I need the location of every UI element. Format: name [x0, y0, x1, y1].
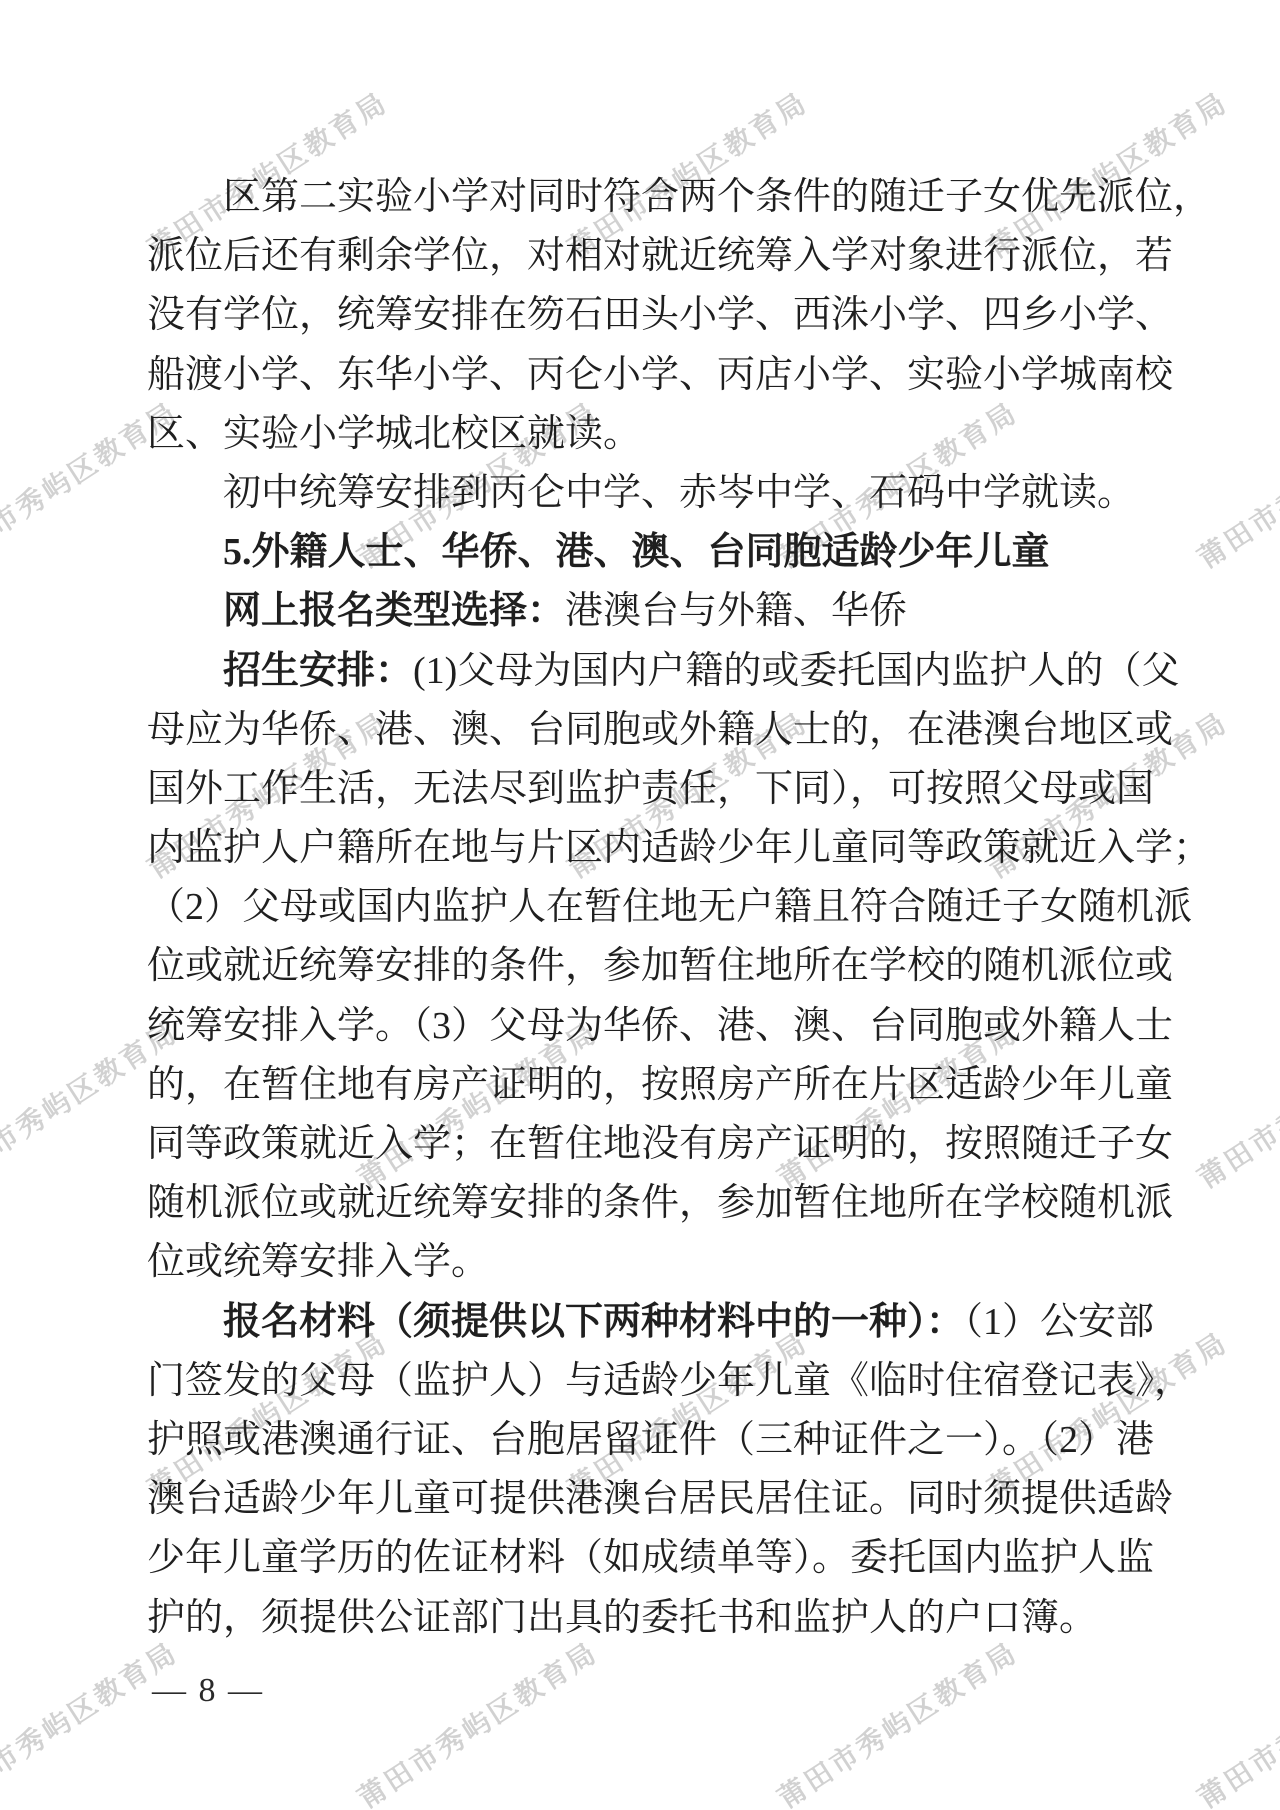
line-segment: 母应为华侨、港、澳、台同胞或外籍人士的，在港澳台地区或: [147, 709, 1173, 751]
watermark-text: 莆田市秀屿区教育局: [1189, 391, 1280, 577]
paragraph-line: 初中统筹安排到丙仑中学、赤岑中学、石码中学就读。: [147, 464, 1142, 523]
paragraph-line: 护的，须提供公证部门出具的委托书和监护人的户口簿。: [147, 1589, 1142, 1648]
line-segment: 同等政策就近入学；在暂住地没有房产证明的，按照随迁子女: [147, 1123, 1173, 1165]
watermark-text: 莆田市秀屿区教育局: [1189, 1631, 1280, 1810]
paragraph-line: 统筹安排入学。（3）父母为华侨、港、澳、台同胞或外籍人士: [147, 997, 1142, 1056]
paragraph-line: 船渡小学、东华小学、丙仑小学、丙店小学、实验小学城南校: [147, 346, 1142, 405]
line-segment: 初中统筹安排到丙仑中学、赤岑中学、石码中学就读。: [223, 472, 1135, 514]
watermark-text: 莆田市秀屿区教育局: [0, 1631, 185, 1810]
line-segment: 统筹安排入学。（3）父母为华侨、港、澳、台同胞或外籍人士: [147, 1005, 1173, 1047]
page-number: — 8 —: [152, 1672, 264, 1710]
watermark-text: 莆田市秀屿区教育局: [769, 1631, 1025, 1810]
line-segment: 的，在暂住地有房产证明的，按照房产所在片区适龄少年儿童: [147, 1064, 1173, 1106]
document-body: 区第二实验小学对同时符合两个条件的随迁子女优先派位，派位后还有剩余学位，对相对就…: [147, 168, 1142, 1648]
line-segment: 少年儿童学历的佐证材料（如成绩单等）。委托国内监护人监: [147, 1537, 1154, 1579]
line-segment-bold: 网上报名类型选择：: [223, 590, 565, 632]
line-segment: 船渡小学、东华小学、丙仑小学、丙店小学、实验小学城南校: [147, 354, 1173, 396]
line-segment: （2）父母或国内监护人在暂住地无户籍且符合随迁子女随机派: [147, 886, 1192, 928]
line-segment-bold: 5.外籍人士、华侨、港、澳、台同胞适龄少年儿童: [223, 531, 1050, 573]
line-segment: 位或统筹安排入学。: [147, 1241, 489, 1283]
paragraph-line: 同等政策就近入学；在暂住地没有房产证明的，按照随迁子女: [147, 1115, 1142, 1174]
paragraph-line: 内监护人户籍所在地与片区内适龄少年儿童同等政策就近入学；: [147, 819, 1142, 878]
paragraph-line: 派位后还有剩余学位，对相对就近统筹入学对象进行派位，若: [147, 227, 1142, 286]
line-segment: 护照或港澳通行证、台胞居留证件（三种证件之一）。（2）港: [147, 1419, 1154, 1461]
paragraph-line: 位或统筹安排入学。: [147, 1233, 1142, 1292]
line-segment: （1）公安部: [964, 1301, 1154, 1343]
line-segment: 澳台适龄少年儿童可提供港澳台居民居住证。同时须提供适龄: [147, 1478, 1173, 1520]
paragraph-line: 门签发的父母（监护人）与适龄少年儿童《临时住宿登记表》，: [147, 1352, 1142, 1411]
line-segment: 护的，须提供公证部门出具的委托书和监护人的户口簿。: [147, 1597, 1097, 1639]
paragraph-line: 网上报名类型选择：港澳台与外籍、华侨: [147, 582, 1142, 641]
line-segment: 没有学位，统筹安排在笏石田头小学、西洙小学、四乡小学、: [147, 294, 1173, 336]
line-segment: 随机派位或就近统筹安排的条件，参加暂住地所在学校随机派: [147, 1182, 1173, 1224]
paragraph-line: （2）父母或国内监护人在暂住地无户籍且符合随迁子女随机派: [147, 878, 1142, 937]
paragraph-line: 国外工作生活，无法尽到监护责任，下同），可按照父母或国: [147, 760, 1142, 819]
line-segment-bold: 招生安排：: [223, 650, 413, 692]
paragraph-line: 区第二实验小学对同时符合两个条件的随迁子女优先派位，: [147, 168, 1142, 227]
line-segment: 国外工作生活，无法尽到监护责任，下同），可按照父母或国: [147, 768, 1154, 810]
line-segment: (1)父母为国内户籍的或委托国内监护人的（父: [413, 650, 1179, 692]
paragraph-line: 澳台适龄少年儿童可提供港澳台居民居住证。同时须提供适龄: [147, 1470, 1142, 1529]
paragraph-line: 没有学位，统筹安排在笏石田头小学、西洙小学、四乡小学、: [147, 286, 1142, 345]
paragraph-line: 母应为华侨、港、澳、台同胞或外籍人士的，在港澳台地区或: [147, 701, 1142, 760]
line-segment: 内监护人户籍所在地与片区内适龄少年儿童同等政策就近入学；: [147, 827, 1211, 869]
line-segment-bold: 报名材料（须提供以下两种材料中的一种）：: [223, 1301, 964, 1343]
paragraph-line: 少年儿童学历的佐证材料（如成绩单等）。委托国内监护人监: [147, 1529, 1142, 1588]
paragraph-line: 的，在暂住地有房产证明的，按照房产所在片区适龄少年儿童: [147, 1056, 1142, 1115]
document-page: { "page": { "footer": { "page_number": "…: [0, 0, 1280, 1810]
paragraph-line: 报名材料（须提供以下两种材料中的一种）：（1）公安部: [147, 1293, 1142, 1352]
line-segment: 区第二实验小学对同时符合两个条件的随迁子女优先派位，: [223, 176, 1211, 218]
paragraph-line: 区、实验小学城北校区就读。: [147, 405, 1142, 464]
paragraph-line: 随机派位或就近统筹安排的条件，参加暂住地所在学校随机派: [147, 1174, 1142, 1233]
paragraph-line: 护照或港澳通行证、台胞居留证件（三种证件之一）。（2）港: [147, 1411, 1142, 1470]
paragraph-line: 位或就近统筹安排的条件，参加暂住地所在学校的随机派位或: [147, 937, 1142, 996]
line-segment: 派位后还有剩余学位，对相对就近统筹入学对象进行派位，若: [147, 235, 1173, 277]
paragraph-line: 招生安排：(1)父母为国内户籍的或委托国内监护人的（父: [147, 642, 1142, 701]
line-segment: 港澳台与外籍、华侨: [565, 590, 907, 632]
watermark-text: 莆田市秀屿区教育局: [349, 1631, 605, 1810]
line-segment: 门签发的父母（监护人）与适龄少年儿童《临时住宿登记表》，: [147, 1360, 1192, 1402]
paragraph-line: 5.外籍人士、华侨、港、澳、台同胞适龄少年儿童: [147, 523, 1142, 582]
line-segment: 位或就近统筹安排的条件，参加暂住地所在学校的随机派位或: [147, 945, 1173, 987]
watermark-text: 莆田市秀屿区教育局: [1189, 1011, 1280, 1197]
line-segment: 区、实验小学城北校区就读。: [147, 413, 641, 455]
